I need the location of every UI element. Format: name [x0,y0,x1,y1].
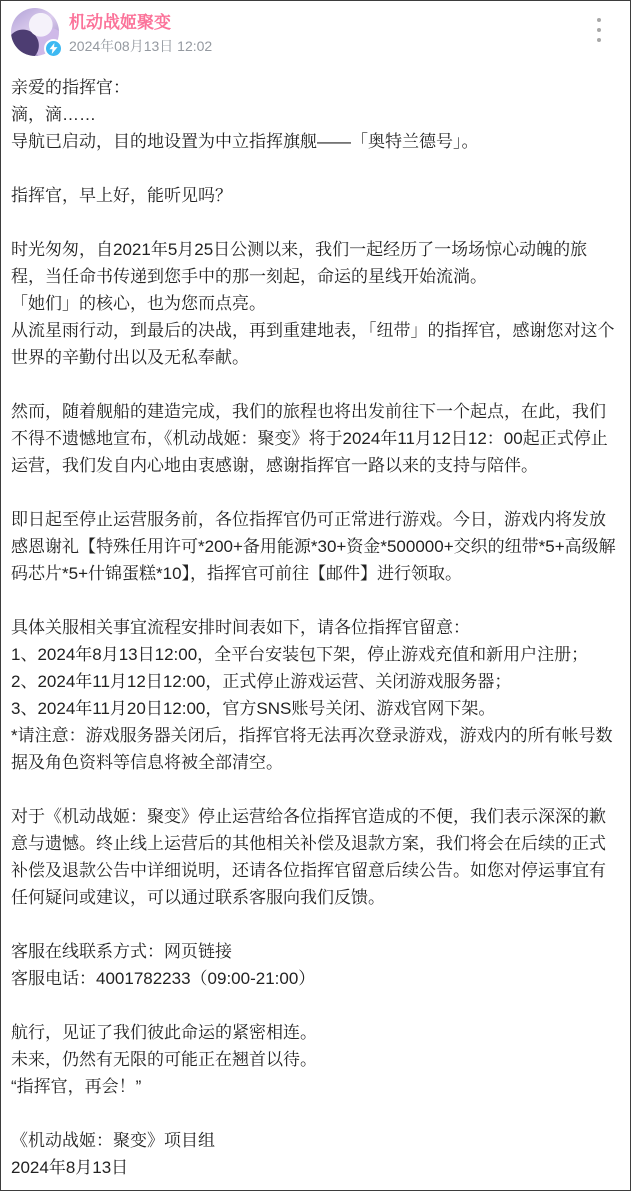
lightning-icon [49,43,58,54]
post-meta: 机动战姬聚变 2024年08月13日 12:02 [69,8,620,54]
kebab-menu-icon [597,18,601,42]
more-menu-button[interactable] [588,13,610,47]
official-verified-badge [44,39,63,58]
post-date: 2024年08月13日 12:02 [69,38,620,54]
kebab-dot [597,18,601,22]
kebab-dot [597,28,601,32]
post-card: 机动战姬聚变 2024年08月13日 12:02 亲爱的指挥官： 滴，滴…… 导… [0,0,631,1191]
post-header: 机动战姬聚变 2024年08月13日 12:02 [1,1,630,63]
post-body-text: 亲爱的指挥官： 滴，滴…… 导航已启动，目的地设置为中立指挥旗舰——「奥特兰德号… [1,63,630,1181]
username-link[interactable]: 机动战姬聚变 [69,13,171,33]
kebab-dot [597,38,601,42]
avatar[interactable] [11,8,59,56]
